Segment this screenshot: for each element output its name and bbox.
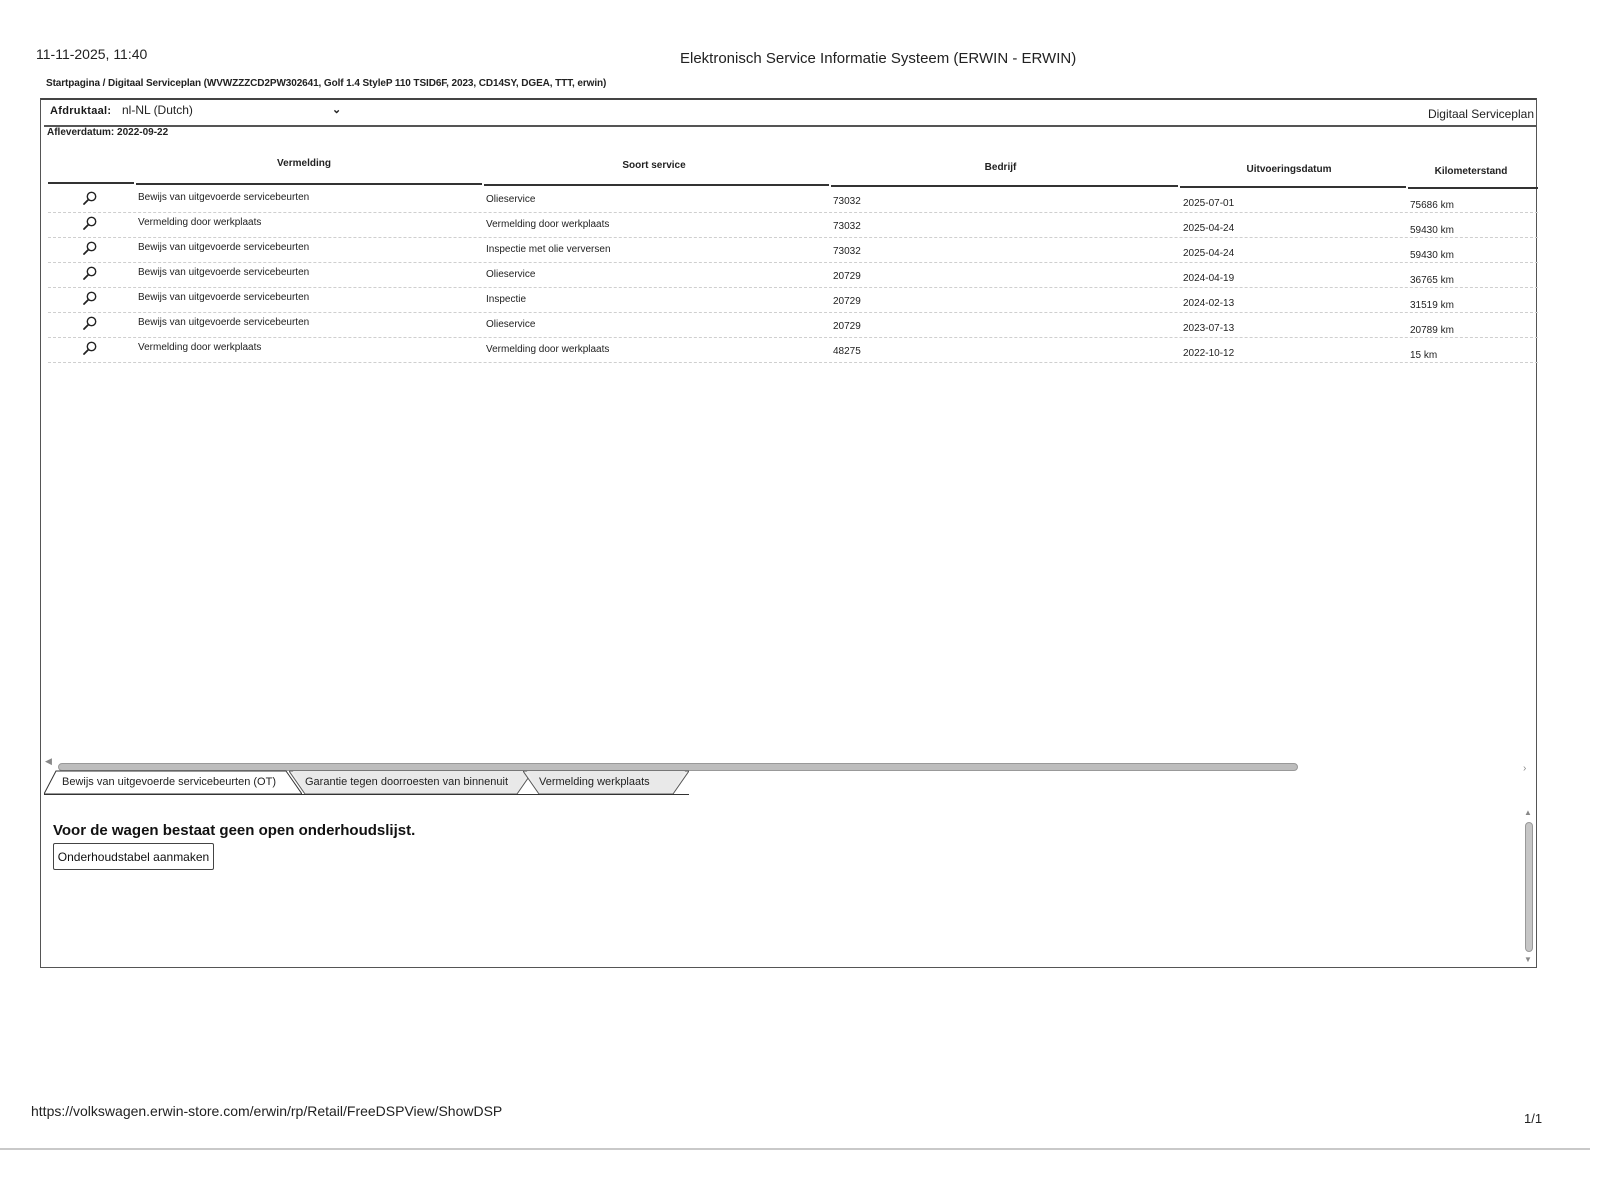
language-label: Afdruktaal: [50, 105, 111, 117]
cell-company: 73032 [833, 196, 861, 207]
cell-service: Olieservice [486, 269, 535, 280]
cell-company: 20729 [833, 321, 861, 332]
table-row[interactable]: Vermelding door werkplaats Vermelding do… [48, 213, 1538, 238]
language-select-value: nl-NL (Dutch) [122, 103, 193, 117]
toolbar: Afdruktaal: nl-NL (Dutch) ⌄ Digitaal Ser… [44, 100, 1536, 127]
cell-date: 2025-04-24 [1183, 248, 1234, 259]
cell-mileage: 15 km [1410, 350, 1437, 361]
cell-entry: Vermelding door werkplaats [138, 217, 261, 228]
create-maintenance-table-button[interactable]: Onderhoudstabel aanmaken [53, 843, 214, 870]
header-divider [831, 185, 1178, 187]
cell-mileage: 20789 km [1410, 325, 1454, 336]
magnifier-icon[interactable] [82, 340, 98, 356]
cell-company: 48275 [833, 346, 861, 357]
cell-company: 20729 [833, 271, 861, 282]
vertical-scrollbar[interactable] [1525, 822, 1533, 952]
cell-date: 2024-02-13 [1183, 298, 1234, 309]
cell-entry: Bewijs van uitgevoerde servicebeurten [138, 267, 309, 278]
page-edge [0, 1148, 1590, 1150]
header-divider [484, 184, 829, 186]
table-row[interactable]: Bewijs van uitgevoerde servicebeurten In… [48, 288, 1538, 313]
tab-service-proof[interactable]: Bewijs van uitgevoerde servicebeurten (O… [44, 770, 294, 794]
table-row[interactable]: Bewijs van uitgevoerde servicebeurten Ol… [48, 313, 1538, 338]
magnifier-icon[interactable] [82, 240, 98, 256]
table-row[interactable]: Bewijs van uitgevoerde servicebeurten Ol… [48, 188, 1538, 213]
cell-date: 2025-04-24 [1183, 223, 1234, 234]
tab-workshop-note[interactable]: Vermelding werkplaats [523, 770, 683, 794]
cell-entry: Bewijs van uitgevoerde servicebeurten [138, 317, 309, 328]
scroll-right-arrow-icon[interactable]: › [1523, 763, 1526, 774]
cell-mileage: 31519 km [1410, 300, 1454, 311]
table-row[interactable]: Bewijs van uitgevoerde servicebeurten In… [48, 238, 1538, 263]
chevron-down-icon: ⌄ [332, 103, 341, 116]
cell-service: Inspectie met olie verversen [486, 244, 611, 255]
cell-date: 2024-04-19 [1183, 273, 1234, 284]
cell-service: Inspectie [486, 294, 526, 305]
scroll-left-arrow-icon[interactable]: ◀ [45, 756, 52, 767]
tab-bar-baseline [44, 794, 689, 795]
magnifier-icon[interactable] [82, 315, 98, 331]
magnifier-icon[interactable] [82, 265, 98, 281]
cell-mileage: 75686 km [1410, 200, 1454, 211]
magnifier-icon[interactable] [82, 190, 98, 206]
header-divider [48, 182, 134, 184]
cell-service: Vermelding door werkplaats [486, 344, 609, 355]
cell-mileage: 59430 km [1410, 225, 1454, 236]
cell-entry: Bewijs van uitgevoerde servicebeurten [138, 192, 309, 203]
cell-entry: Bewijs van uitgevoerde servicebeurten [138, 292, 309, 303]
cell-service: Olieservice [486, 194, 535, 205]
table-row[interactable]: Bewijs van uitgevoerde servicebeurten Ol… [48, 263, 1538, 288]
cell-company: 20729 [833, 296, 861, 307]
cell-date: 2023-07-13 [1183, 323, 1234, 334]
cell-date: 2022-10-12 [1183, 348, 1234, 359]
table-row[interactable]: Vermelding door werkplaats Vermelding do… [48, 338, 1538, 363]
page-number: 1/1 [1524, 1111, 1542, 1126]
print-datetime: 11-11-2025, 11:40 [36, 46, 147, 62]
cell-service: Vermelding door werkplaats [486, 219, 609, 230]
cell-mileage: 59430 km [1410, 250, 1454, 261]
panel-title: Digitaal Serviceplan [1428, 107, 1534, 121]
scroll-down-arrow-icon[interactable]: ▼ [1524, 955, 1532, 964]
cell-company: 73032 [833, 221, 861, 232]
print-footer-url: https://volkswagen.erwin-store.com/erwin… [31, 1103, 502, 1119]
print-title: Elektronisch Service Informatie Systeem … [680, 50, 1076, 67]
breadcrumb[interactable]: Startpagina / Digitaal Serviceplan (WVWZ… [46, 78, 606, 89]
magnifier-icon[interactable] [82, 215, 98, 231]
magnifier-icon[interactable] [82, 290, 98, 306]
cell-date: 2025-07-01 [1183, 198, 1234, 209]
cell-entry: Bewijs van uitgevoerde servicebeurten [138, 242, 309, 253]
tab-rust-warranty[interactable]: Garantie tegen doorroesten van binnenuit [289, 770, 529, 794]
cell-service: Olieservice [486, 319, 535, 330]
delivery-date: Afleverdatum: 2022-09-22 [47, 127, 168, 138]
language-select[interactable]: nl-NL (Dutch) ⌄ [122, 103, 272, 121]
cell-company: 73032 [833, 246, 861, 257]
cell-mileage: 36765 km [1410, 275, 1454, 286]
no-maintenance-list-message: Voor de wagen bestaat geen open onderhou… [53, 822, 415, 839]
scroll-up-arrow-icon[interactable]: ▲ [1524, 808, 1532, 817]
header-divider [136, 183, 482, 185]
cell-entry: Vermelding door werkplaats [138, 342, 261, 353]
